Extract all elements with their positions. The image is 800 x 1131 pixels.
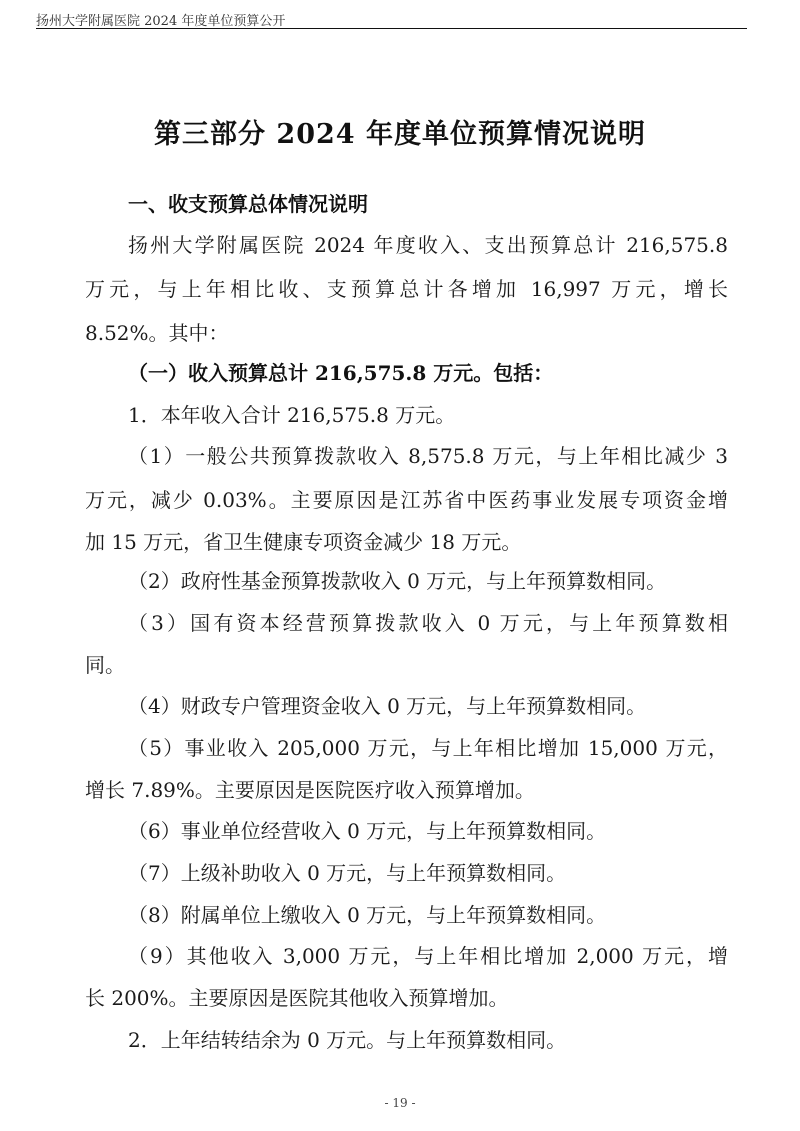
text-line: 8.52%。其中： [85,321,229,345]
subsection-heading: （一）收入预算总计 216,575.8 万元。包括： [128,361,553,385]
text-line: 同。 [85,653,125,677]
list-item-government-fund: （2）政府性基金预算拨款收入 0 万元，与上年预算数相同。 [128,569,666,593]
list-item-operating-income: （6）事业单位经营收入 0 万元，与上年预算数相同。 [128,819,606,843]
page-title: 第三部分 2024 年度单位预算情况说明 [0,112,800,151]
text-line: （5）事业收入 205,000 万元，与上年相比增加 15,000 万元， [128,736,728,760]
text-line: （3）国有资本经营预算拨款收入 0 万元，与上年预算数相 [128,611,728,635]
text-line: 加 15 万元，省卫生健康专项资金减少 18 万元。 [85,530,521,554]
header-rule [36,28,747,29]
text-line: （1）一般公共预算拨款收入 8,575.8 万元，与上年相比减少 3 [128,444,728,468]
list-item-fiscal-account: （4）财政专户管理资金收入 0 万元，与上年预算数相同。 [128,694,646,718]
section-heading: 一、收支预算总体情况说明 [128,192,368,216]
list-item-carryover: 2．上年结转结余为 0 万元。与上年预算数相同。 [128,1028,566,1052]
running-header: 扬州大学附属医院 2024 年度单位预算公开 [36,10,285,29]
list-item-superior-subsidy: （7）上级补助收入 0 万元，与上年预算数相同。 [128,861,566,885]
text-line: 长 200%。主要原因是医院其他收入预算增加。 [85,986,509,1010]
text-line: 扬州大学附属医院 2024 年度收入、支出预算总计 216,575.8 [128,233,728,257]
page-number: - 19 - [0,1096,800,1110]
text-line: 万元，减少 0.03%。主要原因是江苏省中医药事业发展专项资金增 [85,488,728,512]
text-line: （9）其他收入 3,000 万元，与上年相比增加 2,000 万元，增 [128,944,728,968]
list-item-current-year-income: 1．本年收入合计 216,575.8 万元。 [128,403,455,427]
text-line: 万元，与上年相比收、支预算总计各增加 16,997 万元，增长 [85,277,728,301]
text-line: 增长 7.89%。主要原因是医院医疗收入预算增加。 [85,778,535,802]
list-item-subordinate-payment: （8）附属单位上缴收入 0 万元，与上年预算数相同。 [128,903,606,927]
